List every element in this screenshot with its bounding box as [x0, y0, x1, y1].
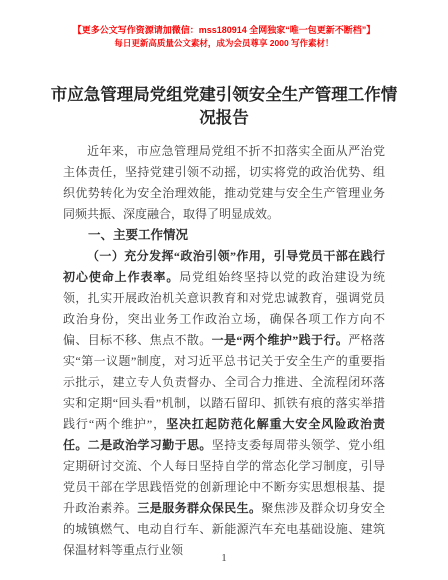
promo-header: 【更多公文写作资源请加微信：mss180914 全网独家“唯一包更新不断档”】 …	[0, 0, 448, 50]
document-body: 近年来，市应急管理局党组不折不扣落实全面从严治党主体责任，坚持党建引领不动摇，切…	[63, 141, 385, 561]
paragraph-segment-bold: 一是“两个维护”践于行。	[212, 333, 349, 347]
page-number: 1	[0, 552, 448, 564]
promo-line-1: 【更多公文写作资源请加微信：mss180914 全网独家“唯一包更新不断档”】	[0, 24, 448, 37]
section-heading-1: 一、主要工作情况	[63, 225, 385, 246]
promo-line-2: 每日更新高质量公文素材，成为会员尊享 2000 写作素材！	[0, 37, 448, 50]
intro-paragraph: 近年来，市应急管理局党组不折不扣落实全面从严治党主体责任，坚持党建引领不动摇，切…	[63, 141, 385, 225]
paragraph-segment-bold: 三是服务群众保民生。	[137, 501, 261, 515]
body-paragraph: （一）充分发挥“政治引领”作用，引导党员干部在践行初心使命上作表率。局党组始终坚…	[63, 246, 385, 561]
document-title: 市应急管理局党组党建引领安全生产管理工作情况报告	[48, 83, 400, 129]
document-page: 【更多公文写作资源请加微信：mss180914 全网独家“唯一包更新不断档”】 …	[0, 0, 448, 580]
